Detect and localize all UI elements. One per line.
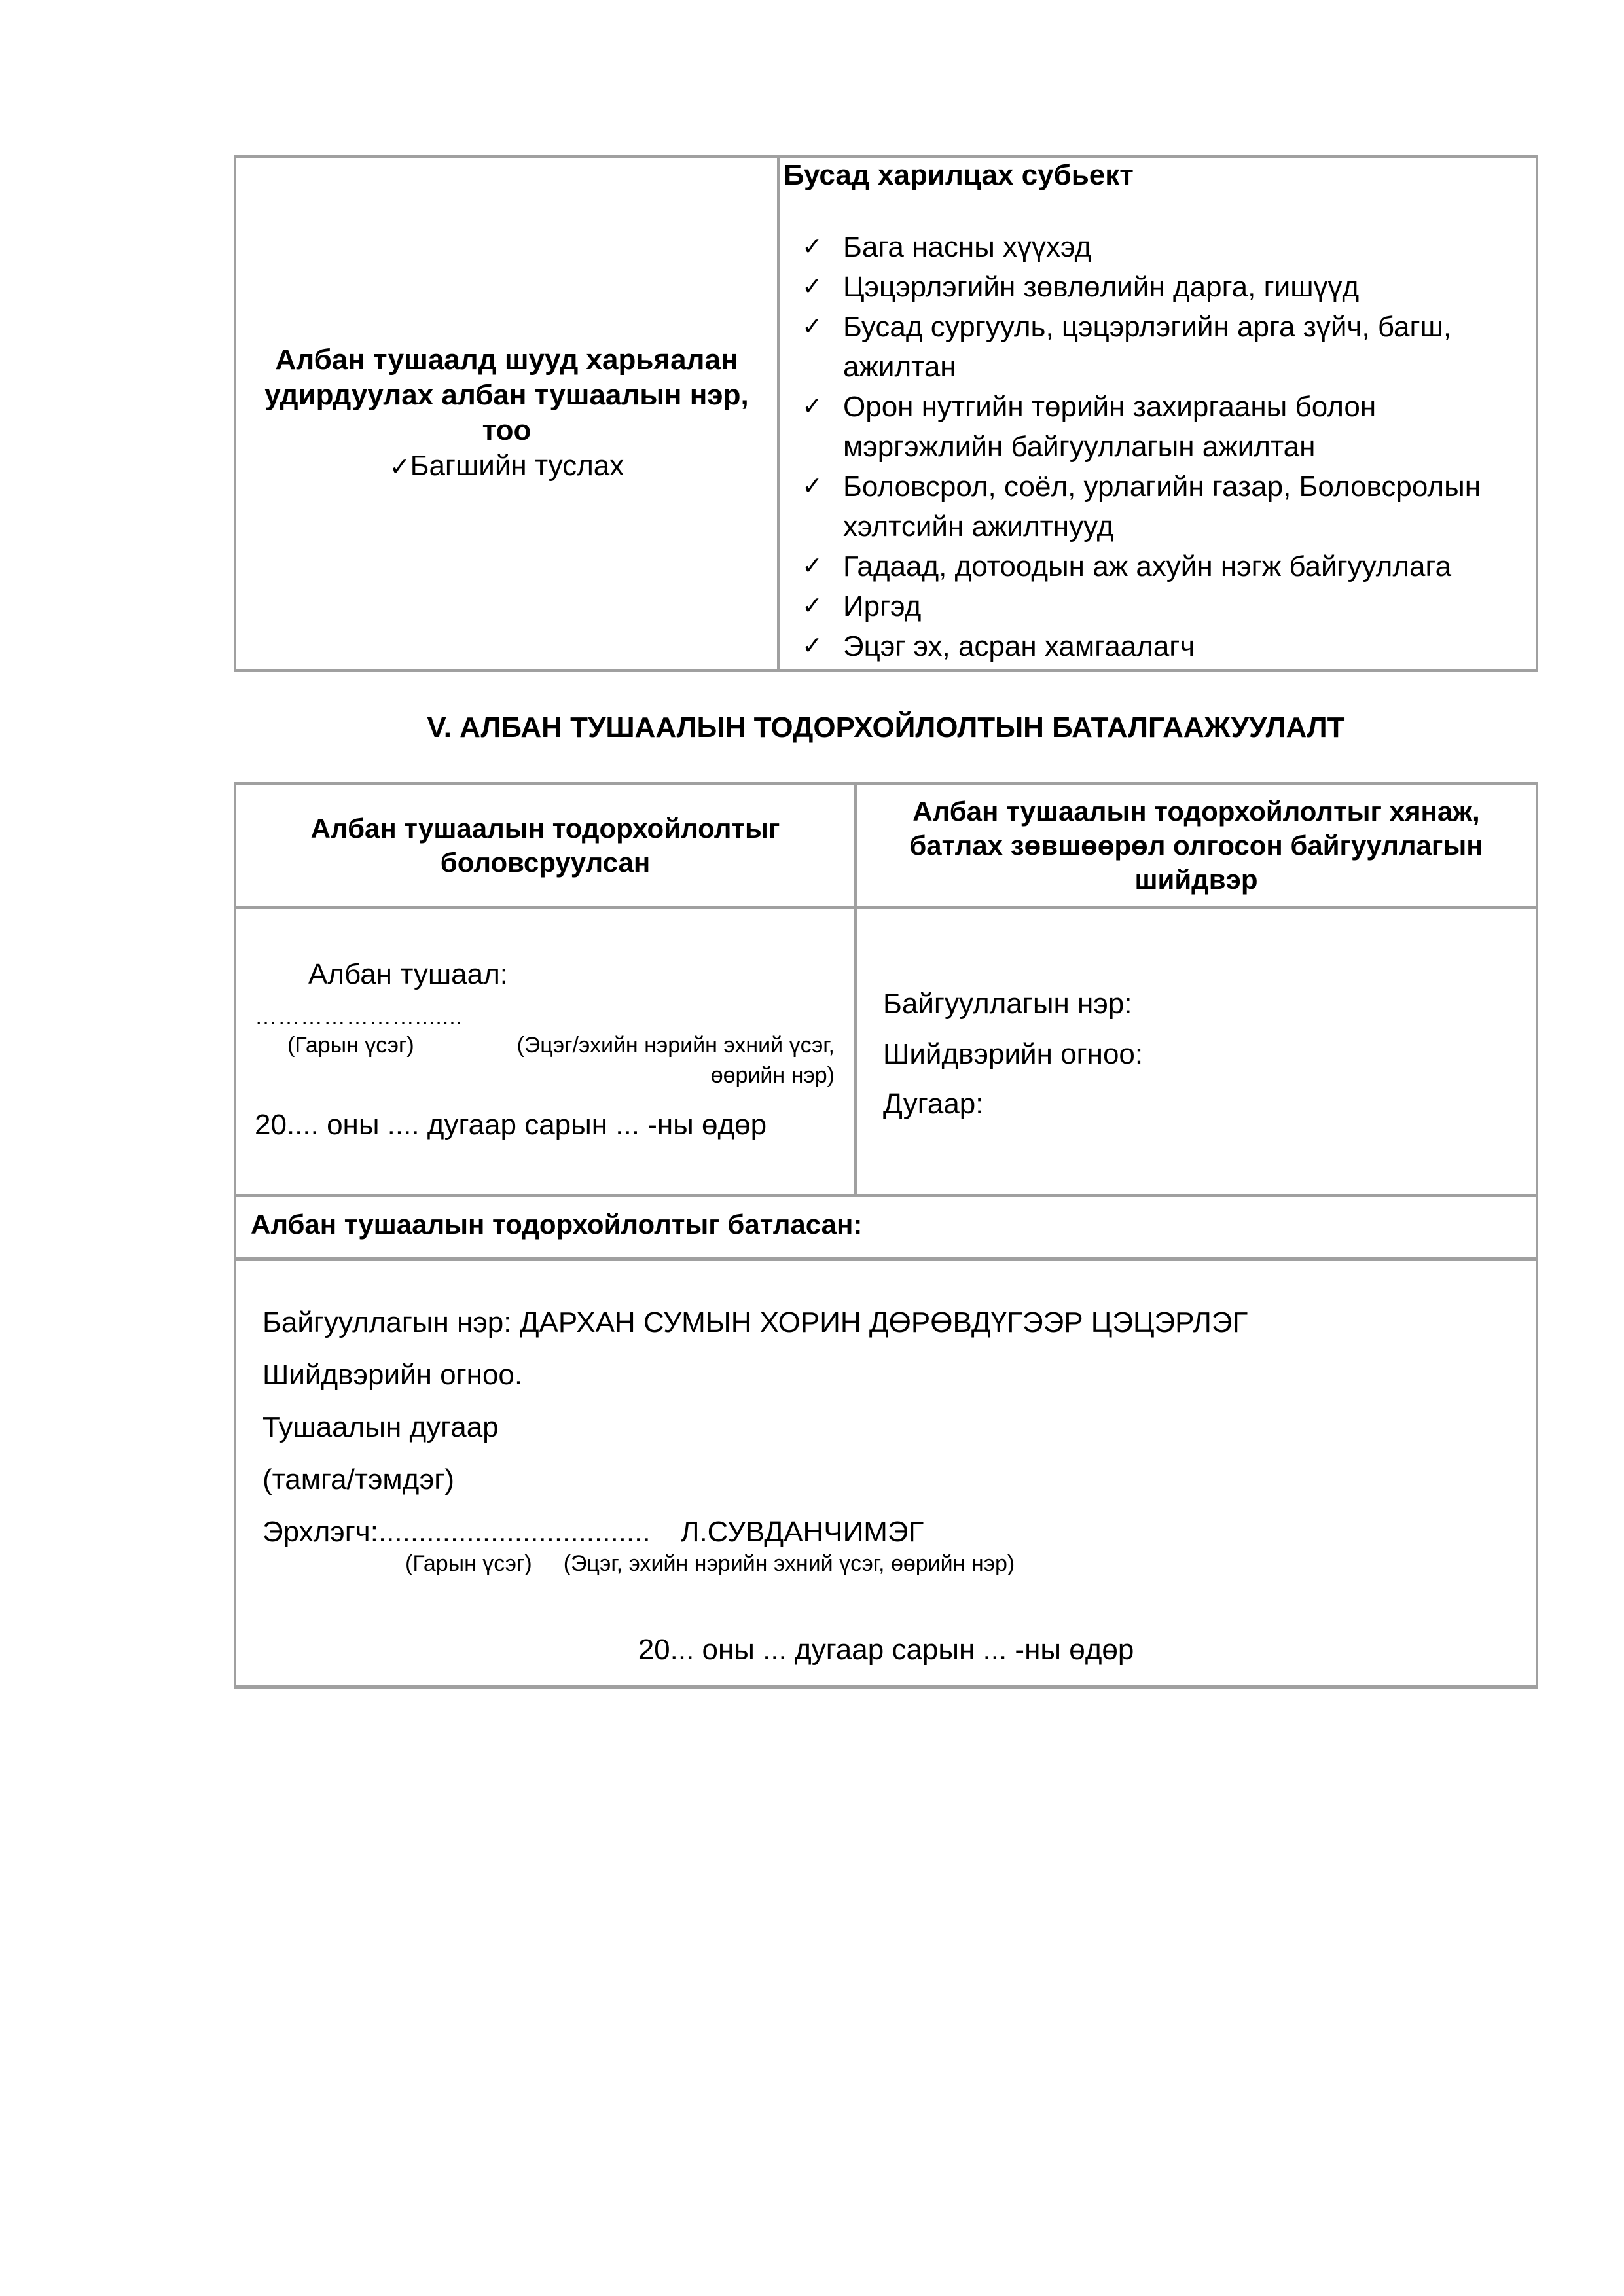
checkmark-icon: ✓: [802, 626, 823, 666]
subordinates-table: Албан тушаалд шууд харьяалан удирдуулах …: [234, 155, 1538, 672]
director-label: Эрхлэгч:: [262, 1516, 378, 1548]
checkmark-icon: ✓: [802, 227, 823, 267]
director-captions: (Гарын үсэг)(Эцэг, эхийн нэрийн эхний үс…: [405, 1549, 1536, 1579]
list-item: ✓Гадаад, дотоодын аж ахуйн нэгж байгуулл…: [784, 547, 1536, 586]
name-caption: (Эцэг/эхийн нэрийн эхний үсэг, өөрийн нэ…: [478, 1030, 835, 1090]
header-decision: Албан тушаалын тодорхойлолтыг хянаж, бат…: [857, 785, 1536, 906]
prepared-cell: Албан тушаал: …………………....... (Гарын үсэг…: [236, 909, 854, 1194]
approved-org-value: ДАРХАН СУМЫН ХОРИН ДӨРӨВДҮГЭЭР ЦЭЦЭРЛЭГ: [520, 1306, 1248, 1338]
checkmark-icon: ✓: [802, 467, 823, 507]
checkmark-icon: ✓: [802, 387, 823, 427]
approved-date-line: 20... оны ... дугаар сарын ... -ны өдөр: [236, 1630, 1536, 1670]
approved-org-label: Байгууллагын нэр:: [262, 1306, 511, 1338]
director-dots: ..................................: [378, 1516, 651, 1548]
approved-title: Албан тушаалын тодорхойлолтыг батласан:: [236, 1197, 1536, 1257]
section-title: V. АЛБАН ТУШААЛЫН ТОДОРХОЙЛОЛТЫН БАТАЛГА…: [234, 710, 1538, 745]
list-item: ✓Бага насны хүүхэд: [784, 227, 1536, 267]
checkmark-icon: ✓: [802, 586, 823, 626]
subordinate-item: ✓Багшийн туслах: [389, 448, 624, 485]
header-prepared: Албан тушаалын тодорхойлолтыг боловсруул…: [236, 785, 854, 906]
other-parties-list: ✓Бага насны хүүхэд ✓Цэцэрлэгийн зөвлөлий…: [784, 227, 1536, 666]
decision-cell: Байгууллагын нэр: Шийдвэрийн огноо: Дуга…: [857, 909, 1536, 1194]
list-item: ✓Боловсрол, соёл, урлагийн газар, Боловс…: [784, 467, 1536, 547]
director-signature-caption: (Гарын үсэг): [405, 1551, 532, 1576]
checkmark-icon: ✓: [389, 454, 410, 481]
other-parties-title: Бусад харилцах субьект: [784, 158, 1536, 193]
approved-org-line: Байгууллагын нэр: ДАРХАН СУМЫН ХОРИН ДӨР…: [262, 1303, 1536, 1342]
checkmark-icon: ✓: [802, 547, 823, 586]
list-item: ✓Эцэг эх, асран хамгаалагч: [784, 626, 1536, 666]
subordinates-cell: Албан тушаалд шууд харьяалан удирдуулах …: [236, 158, 777, 669]
checkmark-icon: ✓: [802, 307, 823, 347]
director-line: Эрхлэгч:................................…: [262, 1513, 1536, 1552]
list-item: ✓Бусад сургууль, цэцэрлэгийн арга зүйч, …: [784, 307, 1536, 387]
subordinate-label: Багшийн туслах: [410, 450, 624, 482]
director-name: Л.СУВДАНЧИМЭГ: [681, 1516, 924, 1548]
approval-table: Албан тушаалын тодорхойлолтыг боловсруул…: [234, 782, 1538, 1689]
list-item: ✓Иргэд: [784, 586, 1536, 626]
decision-date-label: Шийдвэрийн огноо:: [883, 1035, 1536, 1074]
prepared-date-line: 20.... оны .... дугаар сарын ... -ны өдө…: [255, 1105, 854, 1145]
other-parties-cell: Бусад харилцах субьект ✓Бага насны хүүхэ…: [780, 158, 1536, 669]
decision-org-label: Байгууллагын нэр:: [883, 984, 1536, 1024]
approved-date-label: Шийдвэрийн огноо.: [262, 1355, 1536, 1395]
position-label: Албан тушаал:: [308, 955, 854, 994]
approved-cell: Байгууллагын нэр: ДАРХАН СУМЫН ХОРИН ДӨР…: [236, 1261, 1536, 1685]
signature-dots: ………………….......: [255, 1002, 854, 1032]
checkmark-icon: ✓: [802, 267, 823, 307]
seal-label: (тамга/тэмдэг): [262, 1460, 1536, 1499]
list-item: ✓Цэцэрлэгийн зөвлөлийн дарга, гишүүд: [784, 267, 1536, 307]
subordinates-title: Албан тушаалд шууд харьяалан удирдуулах …: [249, 342, 764, 448]
decision-number-label: Дугаар:: [883, 1085, 1536, 1124]
list-item: ✓Орон нутгийн төрийн захиргааны болон мэ…: [784, 387, 1536, 467]
approved-order-number-label: Тушаалын дугаар: [262, 1408, 1536, 1447]
director-name-caption: (Эцэг, эхийн нэрийн эхний үсэг, өөрийн н…: [564, 1551, 1015, 1576]
